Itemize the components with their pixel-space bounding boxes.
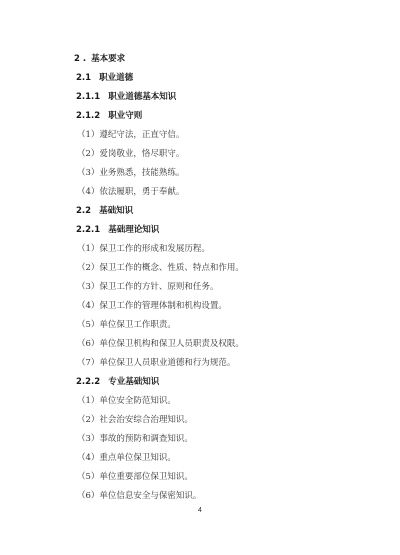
section-heading: 2.2基础知识 bbox=[76, 204, 133, 218]
heading-number: 2.1 bbox=[76, 71, 91, 85]
list-item: （1）单位安全防范知识。 bbox=[77, 394, 176, 408]
heading-title: 专业基础知识 bbox=[108, 377, 159, 387]
list-item: （7）单位保卫人员职业道德和行为规范。 bbox=[77, 356, 235, 370]
list-item: （2）爱岗敬业，恪尽职守。 bbox=[77, 147, 184, 161]
section-heading: 2.1.2职业守则 bbox=[76, 109, 142, 123]
list-item: （4）重点单位保卫知识。 bbox=[77, 451, 176, 465]
list-item: （2）保卫工作的概念、性质、特点和作用。 bbox=[77, 261, 244, 275]
chapter-heading: 2 .基本要求 bbox=[74, 52, 125, 66]
list-item: （3）事故的预防和调查知识。 bbox=[77, 432, 193, 446]
list-item: （6）单位保卫机构和保卫人员职责及权限。 bbox=[77, 337, 244, 351]
heading-title: 职业守则 bbox=[108, 111, 142, 121]
heading-number: 2.2 bbox=[76, 204, 91, 218]
section-heading: 2.2.1基础理论知识 bbox=[76, 223, 159, 237]
heading-number: 2 . bbox=[74, 52, 86, 66]
list-item: （3）业务熟悉，技能熟练。 bbox=[77, 166, 184, 180]
heading-number: 2.1.1 bbox=[76, 90, 100, 104]
heading-number: 2.2.1 bbox=[76, 223, 100, 237]
heading-number: 2.2.2 bbox=[76, 375, 100, 389]
heading-title: 基础理论知识 bbox=[108, 225, 159, 235]
list-item: （1）保卫工作的形成和发展历程。 bbox=[77, 242, 210, 256]
list-item: （5）单位重要部位保卫知识。 bbox=[77, 470, 193, 484]
heading-title: 职业道德 bbox=[99, 73, 133, 83]
list-item: （6）单位信息安全与保密知识。 bbox=[77, 489, 201, 503]
list-item: （2）社会治安综合治理知识。 bbox=[77, 413, 193, 427]
heading-number: 2.1.2 bbox=[76, 109, 100, 123]
list-item: （5）单位保卫工作职责。 bbox=[77, 318, 176, 332]
list-item: （1）遵纪守法，正直守信。 bbox=[77, 128, 184, 142]
list-item: （4）依法履职，勇于奉献。 bbox=[77, 185, 184, 199]
list-item: （3）保卫工作的方针、原则和任务。 bbox=[77, 280, 218, 294]
section-heading: 2.2.2专业基础知识 bbox=[76, 375, 159, 389]
section-heading: 2.1.1职业道德基本知识 bbox=[76, 90, 176, 104]
page-number: 4 bbox=[196, 507, 204, 514]
document-page: 2 .基本要求2.1职业道德2.1.1职业道德基本知识2.1.2职业守则（1）遵… bbox=[0, 0, 400, 555]
heading-title: 基础知识 bbox=[99, 206, 133, 216]
list-item: （4）保卫工作的管理体制和机构设置。 bbox=[77, 299, 227, 313]
section-heading: 2.1职业道德 bbox=[76, 71, 133, 85]
heading-title: 职业道德基本知识 bbox=[108, 92, 176, 102]
heading-title: 基本要求 bbox=[91, 54, 125, 64]
